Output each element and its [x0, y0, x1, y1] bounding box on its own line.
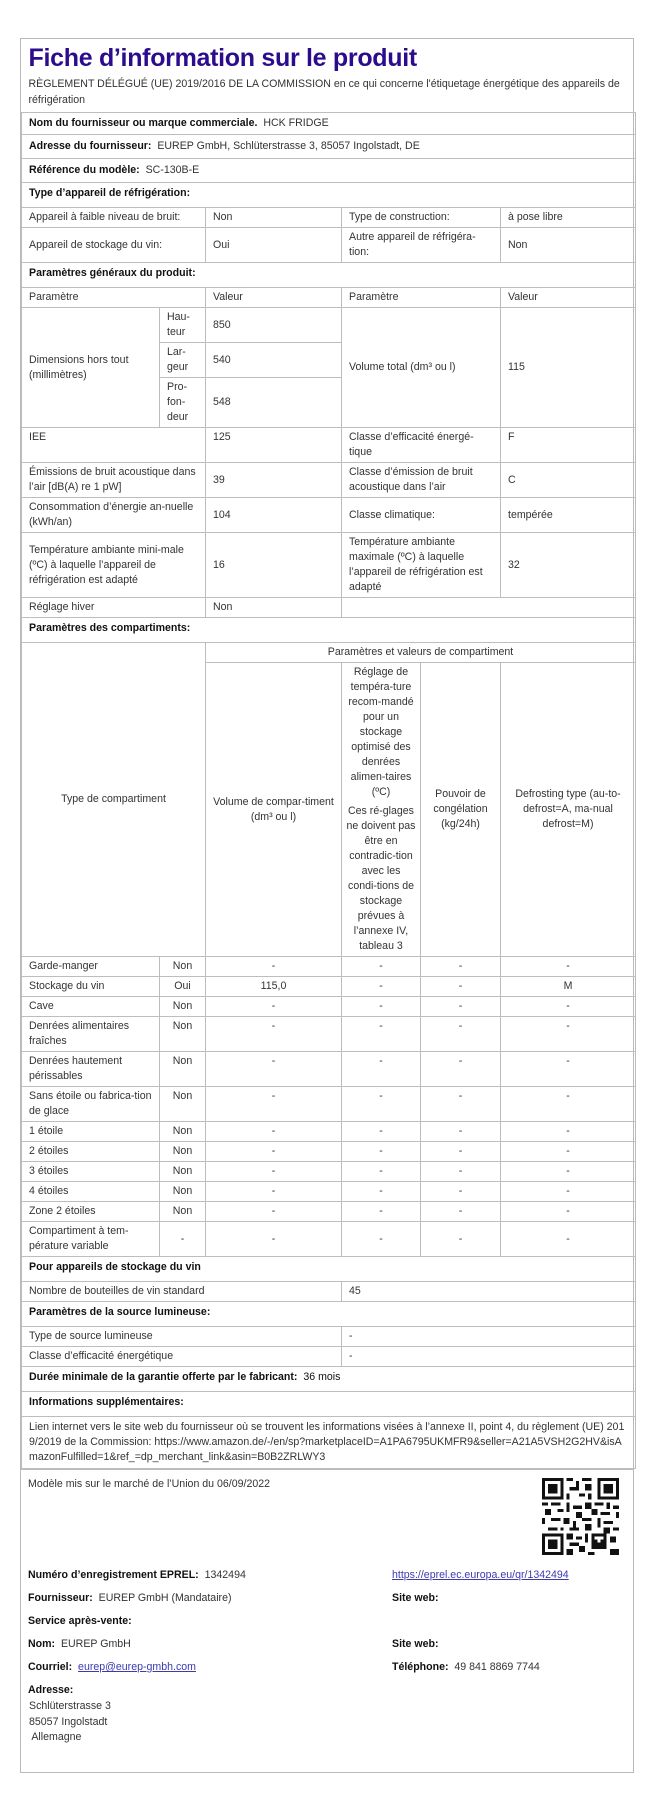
max-ambient-temp-label: Température ambiante maximale (ºC) à laq… — [342, 533, 501, 598]
compartment-freeze: - — [421, 997, 501, 1017]
eprel-label: Numéro d’enregistrement EPREL: — [28, 1569, 199, 1581]
after-sales-label: Service après-vente: — [28, 1614, 132, 1628]
energy-class-label: Classe d’efficacité énergé-tique — [342, 428, 501, 463]
compartment-type: Sans étoile ou fabrica-tion de glace — [22, 1087, 160, 1122]
compartment-freeze: - — [421, 1162, 501, 1182]
light-source-section: Paramètres de la source lumineuse: — [22, 1302, 636, 1327]
email-label: Courriel: — [28, 1661, 72, 1673]
noise-emission-label: Émissions de bruit acoustique dans l’air… — [22, 463, 206, 498]
compartment-present: - — [160, 1222, 206, 1257]
recommended-temp-header: Réglage de tempéra-ture recom-mandé pour… — [342, 663, 421, 957]
compartments-section: Paramètres des compartiments: — [22, 618, 636, 643]
compartment-type: 3 étoiles — [22, 1162, 160, 1182]
compartment-present: Non — [160, 1087, 206, 1122]
compartment-defrost: - — [501, 1182, 636, 1202]
annual-energy-value: 104 — [206, 498, 342, 533]
compartment-defrost: M — [501, 977, 636, 997]
width-value: 540 — [206, 343, 342, 378]
table-row: 3 étoilesNon---- — [22, 1162, 636, 1182]
model-reference-value: SC-130B-E — [146, 164, 200, 176]
service-name-label: Nom: — [28, 1638, 55, 1650]
empty-cell — [342, 598, 636, 618]
address-block: Schlüterstrasse 3 85057 Ingolstadt Allem… — [29, 1699, 111, 1746]
compartment-volume: - — [206, 1162, 342, 1182]
supplier-address-value: EUREP GmbH, Schlüterstrasse 3, 85057 Ing… — [157, 140, 419, 152]
compartment-temp: - — [342, 1162, 421, 1182]
total-volume-value: 115 — [501, 308, 636, 428]
depth-value: 548 — [206, 378, 342, 428]
eei-value: 125 — [206, 428, 342, 463]
compartment-type: Denrées alimentaires fraîches — [22, 1017, 160, 1052]
compartment-present: Non — [160, 1182, 206, 1202]
other-appliance-value: Non — [501, 228, 636, 263]
product-sheet-table: Fiche d’information sur le produit RÈGLE… — [21, 39, 636, 1469]
construction-type-label: Type de construction: — [342, 208, 501, 228]
supplier-name-label: Nom du fournisseur ou marque commerciale… — [29, 117, 257, 129]
compartment-temp: - — [342, 1202, 421, 1222]
page-title: Fiche d’information sur le produit — [29, 42, 629, 74]
compartment-volume: - — [206, 1052, 342, 1087]
compartment-volume: - — [206, 1087, 342, 1122]
energy-class-value: F — [501, 428, 636, 463]
param-header-2: Paramètre — [342, 288, 501, 308]
appliance-type-section: Type d’appareil de réfrigération: — [22, 183, 636, 208]
eprel-value: 1342494 — [205, 1569, 246, 1581]
compartment-defrost: - — [501, 1087, 636, 1122]
website-label: Site web: — [392, 1591, 439, 1605]
table-row: CaveNon---- — [22, 997, 636, 1017]
table-row: 4 étoilesNon---- — [22, 1182, 636, 1202]
annual-energy-label: Consommation d’énergie an-nuelle (kWh/an… — [22, 498, 206, 533]
compartment-freeze: - — [421, 1222, 501, 1257]
compartment-freeze: - — [421, 1142, 501, 1162]
email-link[interactable]: eurep@eurep-gmbh.com — [78, 1661, 196, 1673]
additional-info-text: Lien internet vers le site web du fourni… — [22, 1417, 636, 1469]
phone-value: 49 841 8869 7744 — [454, 1661, 539, 1673]
compartment-present: Non — [160, 1162, 206, 1182]
address-line-2: 85057 Ingolstadt — [29, 1715, 111, 1731]
compartment-present: Non — [160, 1142, 206, 1162]
compartment-params-header: Paramètres et valeurs de compartiment — [206, 643, 636, 663]
depth-label: Pro-fon-deur — [160, 378, 206, 428]
compartment-freeze: - — [421, 1202, 501, 1222]
table-row: Stockage du vinOui115,0--M — [22, 977, 636, 997]
param-header-1: Paramètre — [22, 288, 206, 308]
compartment-volume: - — [206, 1142, 342, 1162]
compartment-freeze: - — [421, 977, 501, 997]
service-name-row: Nom: EUREP GmbH — [28, 1637, 131, 1651]
address-line-1: Schlüterstrasse 3 — [29, 1699, 111, 1715]
compartment-present: Non — [160, 957, 206, 977]
footer: Modèle mis sur le marché de l’Union du 0… — [21, 1469, 633, 1772]
light-energy-class-value: - — [342, 1347, 636, 1367]
noise-class-value: C — [501, 463, 636, 498]
compartment-present: Non — [160, 1122, 206, 1142]
supplier-address-label: Adresse du fournisseur: — [29, 140, 151, 152]
compartment-volume: - — [206, 957, 342, 977]
compartment-type: 4 étoiles — [22, 1182, 160, 1202]
footer-supplier-value: EUREP GmbH (Mandataire) — [99, 1592, 232, 1604]
compartment-freeze: - — [421, 1052, 501, 1087]
compartment-temp: - — [342, 977, 421, 997]
compartment-type: Garde-manger — [22, 957, 160, 977]
compartment-type: Cave — [22, 997, 160, 1017]
total-volume-label: Volume total (dm³ ou l) — [342, 308, 501, 428]
product-information-sheet: Fiche d’information sur le produit RÈGLE… — [20, 38, 634, 1773]
light-source-type-value: - — [342, 1327, 636, 1347]
eprel-link[interactable]: https://eprel.ec.europa.eu/qr/1342494 — [392, 1568, 569, 1582]
phone-label: Téléphone: — [392, 1661, 449, 1673]
footer-supplier-row: Fournisseur: EUREP GmbH (Mandataire) — [28, 1591, 232, 1605]
compartment-type: 1 étoile — [22, 1122, 160, 1142]
service-website-label: Site web: — [392, 1637, 439, 1651]
wine-storage-label: Appareil de stockage du vin: — [22, 228, 206, 263]
compartment-volume: - — [206, 1202, 342, 1222]
low-noise-label: Appareil à faible niveau de bruit: — [22, 208, 206, 228]
compartment-temp: - — [342, 1017, 421, 1052]
recommended-temp-note: Ces ré-glages ne doivent pas être en con… — [346, 804, 416, 954]
compartment-freeze: - — [421, 1087, 501, 1122]
compartment-temp: - — [342, 1052, 421, 1087]
noise-emission-value: 39 — [206, 463, 342, 498]
light-energy-class-label: Classe d’efficacité énergétique — [22, 1347, 342, 1367]
min-ambient-temp-label: Température ambiante mini-male (ºC) à la… — [22, 533, 206, 598]
wine-bottles-value: 45 — [342, 1282, 636, 1302]
additional-info-section: Informations supplémentaires: — [22, 1392, 636, 1417]
compartment-volume: - — [206, 1017, 342, 1052]
eprel-row: Numéro d’enregistrement EPREL: 1342494 — [28, 1568, 246, 1582]
winter-setting-value: Non — [206, 598, 342, 618]
compartment-present: Non — [160, 1017, 206, 1052]
light-source-type-label: Type de source lumineuse — [22, 1327, 342, 1347]
compartment-temp: - — [342, 1182, 421, 1202]
compartment-defrost: - — [501, 1122, 636, 1142]
general-parameters-section: Paramètres généraux du produit: — [22, 263, 636, 288]
value-header-1: Valeur — [206, 288, 342, 308]
compartment-temp: - — [342, 1087, 421, 1122]
construction-type-value: à pose libre — [501, 208, 636, 228]
footer-supplier-label: Fournisseur: — [28, 1592, 93, 1604]
wine-storage-value: Oui — [206, 228, 342, 263]
address-line-3: Allemagne — [29, 1730, 111, 1746]
warranty-row: Durée minimale de la garantie offerte pa… — [22, 1367, 636, 1392]
defrost-type-header: Defrosting type (au-to-defrost=A, ma-nua… — [501, 663, 636, 957]
compartment-volume: 115,0 — [206, 977, 342, 997]
compartment-volume: - — [206, 1182, 342, 1202]
compartment-rows: Garde-mangerNon----Stockage du vinOui115… — [22, 957, 636, 1257]
compartment-type: Compartiment à tem-pérature variable — [22, 1222, 160, 1257]
compartment-present: Oui — [160, 977, 206, 997]
table-row: Compartiment à tem-pérature variable----… — [22, 1222, 636, 1257]
dimensions-label: Dimensions hors tout (millimètres) — [22, 308, 160, 428]
table-row: 2 étoilesNon---- — [22, 1142, 636, 1162]
compartment-defrost: - — [501, 1017, 636, 1052]
compartment-freeze: - — [421, 1122, 501, 1142]
table-row: Denrées alimentaires fraîchesNon---- — [22, 1017, 636, 1052]
compartment-temp: - — [342, 1222, 421, 1257]
compartment-temp: - — [342, 1142, 421, 1162]
regulation-subtitle: RÈGLEMENT DÉLÉGUÉ (UE) 2019/2016 DE LA C… — [29, 76, 629, 108]
qr-code-icon[interactable] — [542, 1478, 619, 1555]
supplier-name-row: Nom du fournisseur ou marque commerciale… — [22, 113, 636, 135]
address-label: Adresse: — [28, 1683, 73, 1697]
compartment-defrost: - — [501, 997, 636, 1017]
compartment-freeze: - — [421, 957, 501, 977]
compartment-type-header: Type de compartiment — [22, 643, 206, 957]
compartment-defrost: - — [501, 1142, 636, 1162]
compartment-volume: - — [206, 997, 342, 1017]
compartment-defrost: - — [501, 1162, 636, 1182]
warranty-value: 36 mois — [303, 1371, 340, 1383]
compartment-volume: - — [206, 1122, 342, 1142]
compartment-defrost: - — [501, 1052, 636, 1087]
compartment-defrost: - — [501, 1202, 636, 1222]
table-row: Garde-mangerNon---- — [22, 957, 636, 977]
compartment-present: Non — [160, 1052, 206, 1087]
header: Fiche d’information sur le produit RÈGLE… — [22, 39, 636, 113]
max-ambient-temp-value: 32 — [501, 533, 636, 598]
winter-setting-label: Réglage hiver — [22, 598, 206, 618]
compartment-temp: - — [342, 957, 421, 977]
warranty-label: Durée minimale de la garantie offerte pa… — [29, 1371, 297, 1383]
min-ambient-temp-value: 16 — [206, 533, 342, 598]
freezing-capacity-header: Pouvoir de congélation (kg/24h) — [421, 663, 501, 957]
eei-label: IEE — [22, 428, 206, 463]
table-row: Denrées hautement périssablesNon---- — [22, 1052, 636, 1087]
climate-class-label: Classe climatique: — [342, 498, 501, 533]
compartment-volume-header: Volume de compar-timent (dm³ ou l) — [206, 663, 342, 957]
model-reference-row: Référence du modèle: SC-130B-E — [22, 159, 636, 183]
low-noise-value: Non — [206, 208, 342, 228]
compartment-present: Non — [160, 1202, 206, 1222]
table-row: Zone 2 étoilesNon---- — [22, 1202, 636, 1222]
compartment-freeze: - — [421, 1017, 501, 1052]
compartment-type: Zone 2 étoiles — [22, 1202, 160, 1222]
height-label: Hau-teur — [160, 308, 206, 343]
compartment-temp: - — [342, 1122, 421, 1142]
compartment-volume: - — [206, 1222, 342, 1257]
height-value: 850 — [206, 308, 342, 343]
climate-class-value: tempérée — [501, 498, 636, 533]
compartment-type: Stockage du vin — [22, 977, 160, 997]
wine-bottles-label: Nombre de bouteilles de vin standard — [22, 1282, 342, 1302]
compartment-type: 2 étoiles — [22, 1142, 160, 1162]
table-row: Sans étoile ou fabrica-tion de glaceNon-… — [22, 1087, 636, 1122]
compartment-type: Denrées hautement périssables — [22, 1052, 160, 1087]
model-reference-label: Référence du modèle: — [29, 164, 140, 176]
other-appliance-label: Autre appareil de réfrigéra-tion: — [342, 228, 501, 263]
recommended-temp-text: Réglage de tempéra-ture recom-mandé pour… — [346, 665, 416, 800]
service-name-value: EUREP GmbH — [61, 1638, 131, 1650]
compartment-temp: - — [342, 997, 421, 1017]
supplier-name-value: HCK FRIDGE — [263, 117, 328, 129]
width-label: Lar-geur — [160, 343, 206, 378]
phone-row: Téléphone: 49 841 8869 7744 — [392, 1660, 540, 1674]
table-row: 1 étoileNon---- — [22, 1122, 636, 1142]
supplier-address-row: Adresse du fournisseur: EUREP GmbH, Schl… — [22, 135, 636, 159]
wine-section: Pour appareils de stockage du vin — [22, 1257, 636, 1282]
compartment-defrost: - — [501, 1222, 636, 1257]
compartment-defrost: - — [501, 957, 636, 977]
noise-class-label: Classe d’émission de bruit acoustique da… — [342, 463, 501, 498]
market-date: Modèle mis sur le marché de l’Union du 0… — [28, 1478, 270, 1490]
value-header-2: Valeur — [501, 288, 636, 308]
email-row: Courriel: eurep@eurep-gmbh.com — [28, 1660, 196, 1674]
compartment-present: Non — [160, 997, 206, 1017]
compartment-freeze: - — [421, 1182, 501, 1202]
